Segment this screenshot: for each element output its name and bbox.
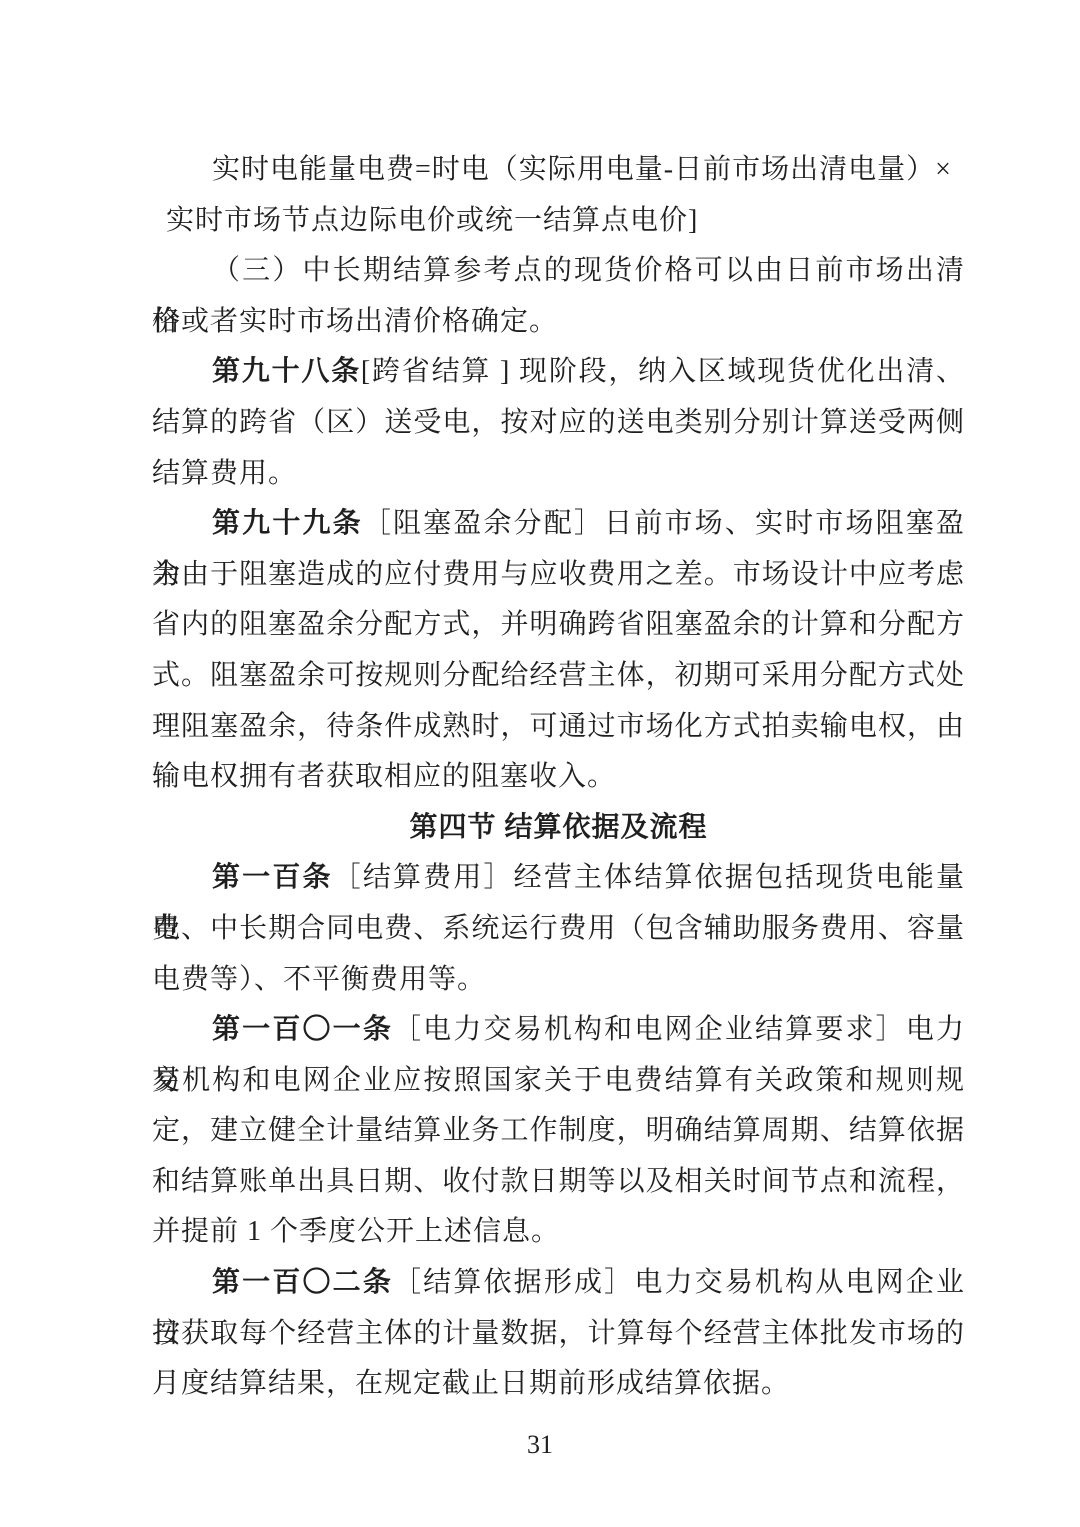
- body-text: 定，建立健全计量结算业务工作制度，明确结算周期、结算依据: [152, 1115, 965, 1146]
- body-text: 和结算账单出具日期、收付款日期等以及相关时间节点和流程，: [152, 1166, 965, 1197]
- article-number: 第一百条: [212, 862, 333, 893]
- doc-line: 费、中长期合同电费、系统运行费用（包含辅助服务费用、容量: [152, 904, 965, 955]
- doc-line: 定，建立健全计量结算业务工作制度，明确结算周期、结算依据: [152, 1106, 965, 1157]
- doc-line: 为由于阻塞造成的应付费用与应收费用之差。市场设计中应考虑: [152, 550, 965, 601]
- doc-line: 日获取每个经营主体的计量数据，计算每个经营主体批发市场的: [152, 1309, 965, 1360]
- body-text: 月度结算结果，在规定截止日期前形成结算依据。: [152, 1368, 790, 1399]
- doc-line: 月度结算结果，在规定截止日期前形成结算依据。: [152, 1359, 965, 1410]
- document-body: 实时电能量电费=时电（实际用电量-日前市场出清电量）× 实时市场节点边际电价或统…: [152, 145, 965, 1410]
- article-101-line: 第一百〇一条［电力交易机构和电网企业结算要求］电力交: [152, 1005, 965, 1056]
- body-text: 格或者实时市场出清价格确定。: [152, 306, 558, 337]
- article-99-line: 第九十九条［阻塞盈余分配］日前市场、实时市场阻塞盈余: [152, 499, 965, 550]
- doc-line: 易机构和电网企业应按照国家关于电费结算有关政策和规则规: [152, 1056, 965, 1107]
- body-text: 实时电能量电费=时电（实际用电量-日前市场出清电量）×: [212, 154, 952, 185]
- doc-line: 并提前 1 个季度公开上述信息。: [152, 1207, 965, 1258]
- doc-line: 结算费用。: [152, 449, 965, 500]
- body-text: 省内的阻塞盈余分配方式，并明确跨省阻塞盈余的计算和分配方: [152, 609, 965, 640]
- body-text: 结算的跨省（区）送受电，按对应的送电类别分别计算送受两侧: [152, 407, 965, 438]
- doc-line: 和结算账单出具日期、收付款日期等以及相关时间节点和流程，: [152, 1157, 965, 1208]
- doc-line: 电费等）、不平衡费用等。: [152, 955, 965, 1006]
- body-text: 并提前 1 个季度公开上述信息。: [152, 1216, 560, 1247]
- formula-line: 实时市场节点边际电价或统一结算点电价]: [152, 196, 965, 247]
- body-text: 理阻塞盈余，待条件成熟时，可通过市场化方式拍卖输电权，由: [152, 711, 965, 742]
- body-text: 费、中长期合同电费、系统运行费用（包含辅助服务费用、容量: [152, 913, 965, 944]
- article-102-line: 第一百〇二条［结算依据形成］电力交易机构从电网企业按: [152, 1258, 965, 1309]
- page-number: 31: [0, 1430, 1080, 1460]
- article-number: 第一百〇二条: [212, 1267, 393, 1298]
- article-number: 第一百〇一条: [212, 1014, 393, 1045]
- doc-line: 输电权拥有者获取相应的阻塞收入。: [152, 752, 965, 803]
- doc-line: 结算的跨省（区）送受电，按对应的送电类别分别计算送受两侧: [152, 398, 965, 449]
- body-text: 输电权拥有者获取相应的阻塞收入。: [152, 761, 616, 792]
- section-heading: 第四节 结算依据及流程: [152, 803, 965, 854]
- doc-line: （三）中长期结算参考点的现货价格可以由日前市场出清价: [152, 246, 965, 297]
- doc-line: 格或者实时市场出清价格确定。: [152, 297, 965, 348]
- body-text: 式。阻塞盈余可按规则分配给经营主体，初期可采用分配方式处: [152, 660, 965, 691]
- article-number: 第九十八条: [212, 356, 361, 387]
- body-text: 电费等）、不平衡费用等。: [152, 964, 486, 995]
- doc-line: 理阻塞盈余，待条件成熟时，可通过市场化方式拍卖输电权，由: [152, 702, 965, 753]
- section-heading-text: 第四节 结算依据及流程: [409, 812, 707, 843]
- body-text: 为由于阻塞造成的应付费用与应收费用之差。市场设计中应考虑: [152, 559, 965, 590]
- document-page: 实时电能量电费=时电（实际用电量-日前市场出清电量）× 实时市场节点边际电价或统…: [0, 0, 1080, 1527]
- article-number: 第九十九条: [212, 508, 363, 539]
- doc-line: 省内的阻塞盈余分配方式，并明确跨省阻塞盈余的计算和分配方: [152, 600, 965, 651]
- formula-line: 实时电能量电费=时电（实际用电量-日前市场出清电量）×: [152, 145, 965, 196]
- doc-line: 式。阻塞盈余可按规则分配给经营主体，初期可采用分配方式处: [152, 651, 965, 702]
- article-100-line: 第一百条［结算费用］经营主体结算依据包括现货电能量电: [152, 853, 965, 904]
- body-text: [跨省结算 ] 现阶段，纳入区域现货优化出清、: [361, 356, 965, 387]
- body-text: 易机构和电网企业应按照国家关于电费结算有关政策和规则规: [152, 1065, 965, 1096]
- article-98-line: 第九十八条[跨省结算 ] 现阶段，纳入区域现货优化出清、: [152, 347, 965, 398]
- body-text: 实时市场节点边际电价或统一结算点电价]: [166, 205, 698, 236]
- body-text: 结算费用。: [152, 458, 297, 489]
- body-text: 日获取每个经营主体的计量数据，计算每个经营主体批发市场的: [152, 1318, 965, 1349]
